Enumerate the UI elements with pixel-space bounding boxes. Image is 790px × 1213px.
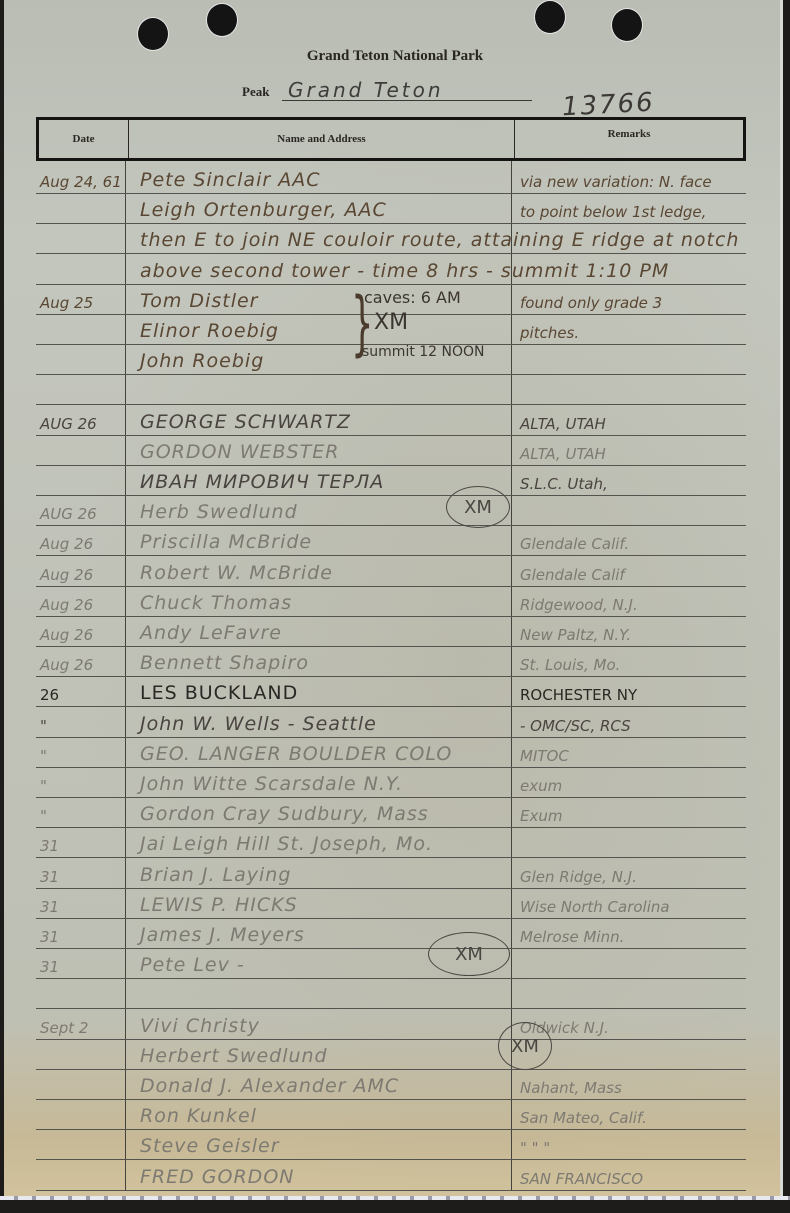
- entry-remarks: Nahant, Mass: [520, 1079, 622, 1097]
- table-row: AUG 26GEORGE SCHWARTZALTA, UTAH: [36, 405, 756, 435]
- xm-badge: XM: [446, 486, 510, 528]
- table-row: ИВАН МИРОВИЧ ТЕРЛАS.L.C. Utah,: [36, 465, 756, 495]
- entry-remarks: found only grade 3: [520, 294, 662, 312]
- table-row: 31Brian J. LayingGlen Ridge, N.J.: [36, 858, 756, 888]
- entry-remarks: " " ": [520, 1139, 550, 1157]
- table-row: [36, 374, 756, 404]
- entry-remarks: MITOC: [520, 747, 569, 765]
- entry-name: Brian J. Laying: [140, 864, 291, 886]
- entry-name: Leigh Ortenburger, AAC: [140, 199, 387, 221]
- table-row: Aug 26Chuck ThomasRidgewood, N.J.: [36, 586, 756, 616]
- table-row: Aug 26Priscilla McBrideGlendale Calif.: [36, 525, 756, 555]
- col-name-address: Name and Address: [129, 120, 515, 158]
- entry-remarks: SAN FRANCISCO: [520, 1170, 643, 1188]
- entry-date: Aug 26: [40, 656, 93, 674]
- ruled-line: [36, 1190, 746, 1191]
- table-row: Leigh Ortenburger, AACto point below 1st…: [36, 193, 756, 223]
- table-row: [36, 978, 756, 1008]
- park-title: Grand Teton National Park: [0, 48, 790, 65]
- entry-date: ": [40, 747, 47, 765]
- xm-badge: XM: [498, 1022, 552, 1070]
- table-row: Aug 26Robert W. McBrideGlendale Calif: [36, 556, 756, 586]
- entry-name: Gordon Cray Sudbury, Mass: [140, 803, 429, 825]
- entry-name: GEO. LANGER BOULDER COLO: [140, 743, 452, 765]
- col-remarks: Remarks: [515, 120, 743, 158]
- entry-date: 31: [40, 898, 59, 916]
- entry-remarks: Glendale Calif: [520, 566, 625, 584]
- entry-date: Sept 2: [40, 1019, 88, 1037]
- entry-name: John Roebig: [140, 350, 264, 372]
- entry-remarks: via new variation: N. face: [520, 173, 712, 191]
- table-row: Sept 2Vivi ChristyOldwick N.J.: [36, 1009, 756, 1039]
- table-row: 26LES BUCKLANDROCHESTER NY: [36, 676, 756, 706]
- table-row: "GEO. LANGER BOULDER COLOMITOC: [36, 737, 756, 767]
- entry-name: Steve Geisler: [140, 1135, 280, 1157]
- table-row: Aug 26Andy LeFavreNew Paltz, N.Y.: [36, 616, 756, 646]
- table-row: FRED GORDONSAN FRANCISCO: [36, 1160, 756, 1190]
- table-row: AUG 26Herb Swedlund: [36, 495, 756, 525]
- entry-name: John W. Wells - Seattle: [140, 713, 377, 735]
- table-row: 31James J. MeyersMelrose Minn.: [36, 918, 756, 948]
- punch-hole: [611, 8, 643, 42]
- paper-edge: [0, 1196, 790, 1200]
- entry-date: ": [40, 807, 47, 825]
- peak-label: Peak: [242, 84, 269, 100]
- table-row: "John Witte Scarsdale N.Y.exum: [36, 767, 756, 797]
- entry-remarks: pitches.: [520, 324, 579, 342]
- entry-name: Jai Leigh Hill St. Joseph, Mo.: [140, 833, 433, 855]
- entry-name: LES BUCKLAND: [140, 682, 298, 704]
- punch-hole: [137, 17, 169, 51]
- entry-remarks: to point below 1st ledge,: [520, 203, 706, 221]
- entry-name: Ron Kunkel: [140, 1105, 257, 1127]
- entry-name: John Witte Scarsdale N.Y.: [140, 773, 403, 795]
- entry-remarks: Exum: [520, 807, 562, 825]
- table-row: 31Jai Leigh Hill St. Joseph, Mo.: [36, 827, 756, 857]
- xm-note: XM: [374, 310, 408, 335]
- table-header: Date Name and Address Remarks: [36, 117, 746, 161]
- entry-date: Aug 26: [40, 626, 93, 644]
- table-row: GORDON WEBSTERALTA, UTAH: [36, 435, 756, 465]
- entry-remarks: Glen Ridge, N.J.: [520, 868, 637, 886]
- table-row: "Gordon Cray Sudbury, MassExum: [36, 797, 756, 827]
- punch-hole: [206, 3, 238, 37]
- table-row: Steve Geisler" " ": [36, 1129, 756, 1159]
- table-row: Aug 26Bennett ShapiroSt. Louis, Mo.: [36, 646, 756, 676]
- entry-name: GORDON WEBSTER: [140, 441, 339, 463]
- entry-date: 31: [40, 837, 59, 855]
- entry-name: Donald J. Alexander AMC: [140, 1075, 399, 1097]
- entry-name: Pete Lev -: [140, 954, 245, 976]
- entry-remarks: Glendale Calif.: [520, 535, 629, 553]
- entry-date: 31: [40, 958, 59, 976]
- entry-name: FRED GORDON: [140, 1166, 294, 1188]
- col-date: Date: [39, 120, 129, 158]
- entry-remarks: St. Louis, Mo.: [520, 656, 620, 674]
- entry-date: Aug 26: [40, 566, 93, 584]
- entry-name: LEWIS P. HICKS: [140, 894, 298, 916]
- table-row: Donald J. Alexander AMCNahant, Mass: [36, 1069, 756, 1099]
- table-row: 31LEWIS P. HICKSWise North Carolina: [36, 888, 756, 918]
- table-row: Herbert Swedlund: [36, 1039, 756, 1069]
- entry-name: Chuck Thomas: [140, 592, 292, 614]
- xm-badge: XM: [428, 932, 510, 976]
- entry-remarks: Wise North Carolina: [520, 898, 670, 916]
- entry-remarks: ROCHESTER NY: [520, 686, 637, 704]
- entry-date: Aug 25: [40, 294, 93, 312]
- table-row: Ron KunkelSan Mateo, Calif.: [36, 1099, 756, 1129]
- entry-remarks: exum: [520, 777, 562, 795]
- entry-name: ИВАН МИРОВИЧ ТЕРЛА: [140, 471, 384, 493]
- entry-name: Herbert Swedlund: [140, 1045, 328, 1067]
- entry-name: James J. Meyers: [140, 924, 305, 946]
- entry-name: Priscilla McBride: [140, 531, 312, 553]
- entry-name: Robert W. McBride: [140, 562, 333, 584]
- summit-note: summit 12 NOON: [362, 344, 485, 360]
- table-row: above second tower - time 8 hrs - summit…: [36, 254, 756, 284]
- entry-remarks: New Paltz, N.Y.: [520, 626, 631, 644]
- table-row: "John W. Wells - Seattle- OMC/SC, RCS: [36, 707, 756, 737]
- entry-name: Bennett Shapiro: [140, 652, 309, 674]
- entry-date: Aug 26: [40, 535, 93, 553]
- entry-date: AUG 26: [40, 415, 97, 433]
- entry-date: 31: [40, 868, 59, 886]
- entry-name: Elinor Roebig: [140, 320, 279, 342]
- entry-name: Herb Swedlund: [140, 501, 298, 523]
- caves-note: caves: 6 AM: [364, 288, 461, 307]
- entry-date: 26: [40, 686, 59, 704]
- entry-remarks: Melrose Minn.: [520, 928, 624, 946]
- entry-remarks: Ridgewood, N.J.: [520, 596, 638, 614]
- entry-remarks: S.L.C. Utah,: [520, 475, 608, 493]
- entry-name: Tom Distler: [140, 290, 258, 312]
- entry-name: above second tower - time 8 hrs - summit…: [140, 260, 669, 282]
- entry-date: Aug 26: [40, 596, 93, 614]
- entry-name: then E to join NE couloir route, attaini…: [140, 229, 739, 251]
- entry-remarks: ALTA, UTAH: [520, 445, 606, 463]
- entry-date: ": [40, 717, 47, 735]
- table-row: 31Pete Lev -: [36, 948, 756, 978]
- punch-hole: [534, 0, 566, 34]
- entry-date: Aug 24, 61: [40, 173, 122, 191]
- entry-name: Pete Sinclair AAC: [140, 169, 320, 191]
- table-row: then E to join NE couloir route, attaini…: [36, 223, 756, 253]
- entry-date: ": [40, 777, 47, 795]
- entry-date: AUG 26: [40, 505, 97, 523]
- peak-value: Grand Teton: [288, 78, 444, 102]
- entry-remarks: San Mateo, Calif.: [520, 1109, 647, 1127]
- entry-date: 31: [40, 928, 59, 946]
- table-row: Aug 24, 61Pete Sinclair AACvia new varia…: [36, 163, 756, 193]
- entry-remarks: - OMC/SC, RCS: [520, 717, 631, 735]
- entry-name: Andy LeFavre: [140, 622, 282, 644]
- entry-name: Vivi Christy: [140, 1015, 260, 1037]
- entry-name: GEORGE SCHWARTZ: [140, 411, 351, 433]
- entry-remarks: ALTA, UTAH: [520, 415, 606, 433]
